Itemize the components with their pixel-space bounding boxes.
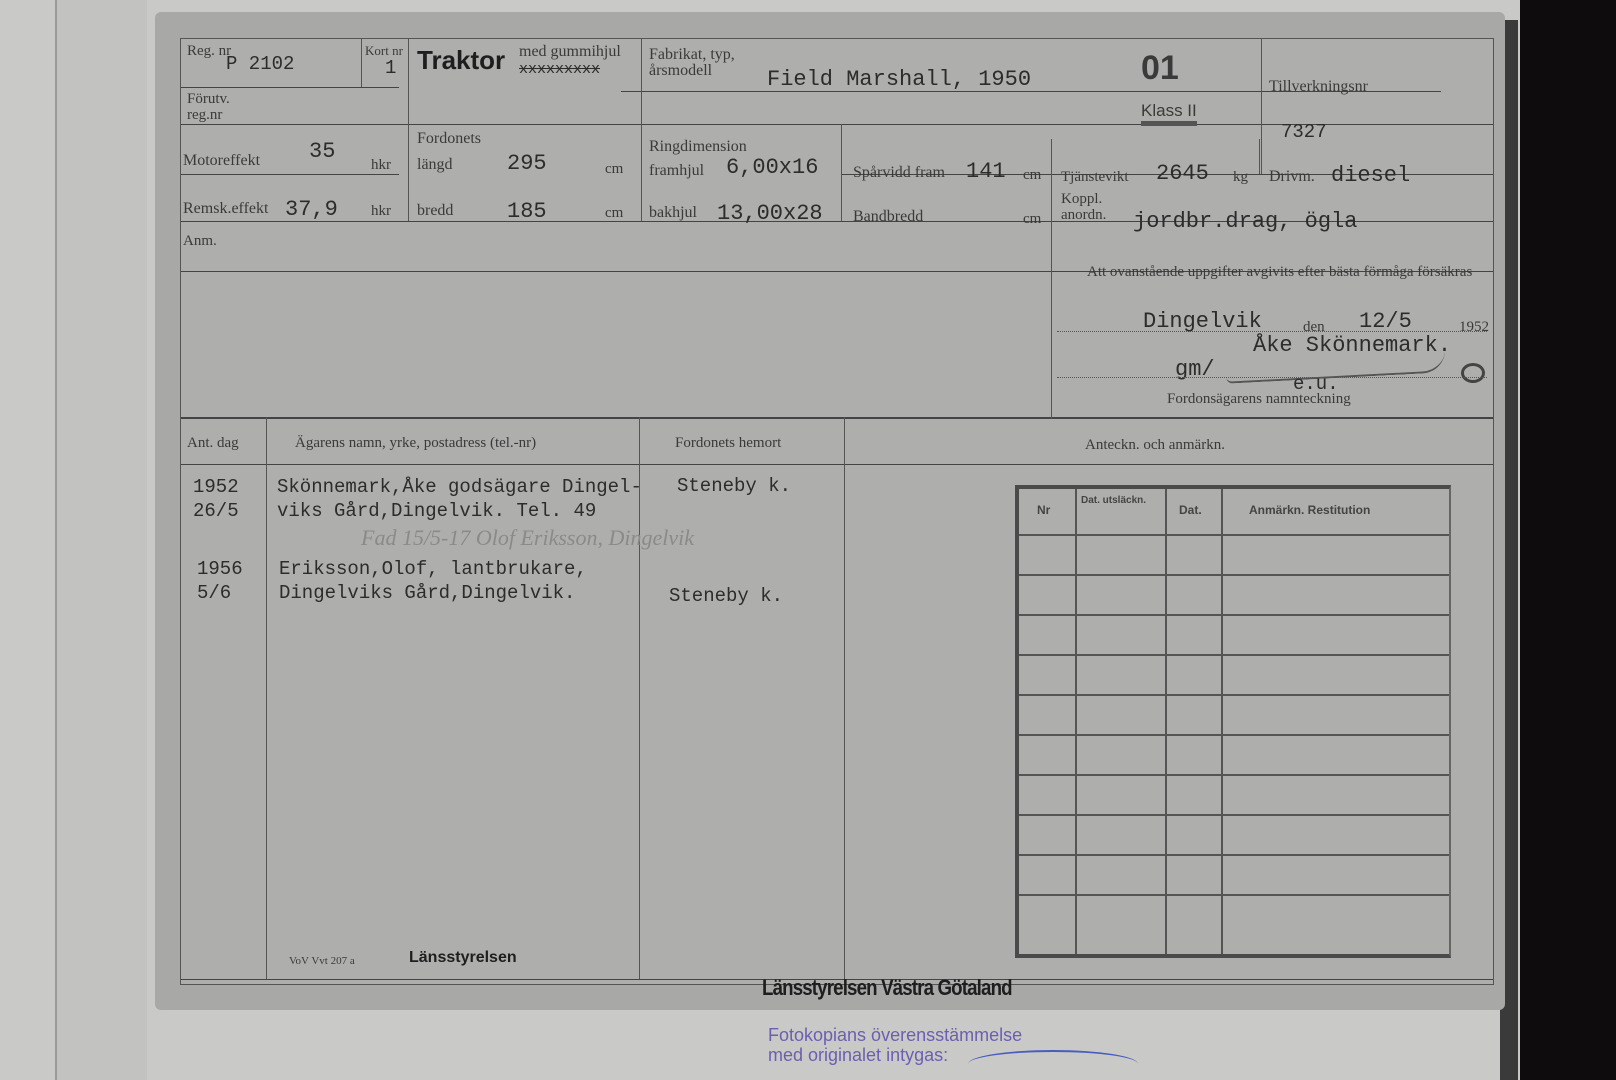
forutv-reg-label: Förutv. reg.nr	[187, 91, 267, 123]
left-margin-strip	[55, 0, 147, 1080]
remsk-value: 37,9	[285, 197, 338, 222]
vehicle-type: Traktor	[417, 45, 505, 76]
form-code: VoV Vvt 207 a	[289, 953, 355, 969]
bandbredd-label: Bandbredd	[853, 209, 923, 225]
bakhjul-label: bakhjul	[649, 205, 697, 221]
tillverkningsnr-value: 7327	[1281, 121, 1327, 143]
framhjul-label: framhjul	[649, 163, 704, 179]
tillverkningsnr-label: Tillverkningsnr	[1269, 79, 1368, 95]
box-header-dat-utslackn: Dat. utsläckn.	[1081, 495, 1161, 506]
cm-unit: cm	[605, 205, 623, 221]
box-header-dat: Dat.	[1179, 503, 1202, 517]
anm-label: Anm.	[183, 233, 217, 249]
bakhjul-value: 13,00x28	[717, 201, 823, 226]
col-header-date: Ant. dag	[187, 435, 239, 451]
handwritten-note: Fad 15/5-17 Olof Eriksson, Dingelvik	[361, 525, 694, 551]
hkr-unit: hkr	[371, 203, 391, 219]
kg-unit: kg	[1233, 169, 1248, 185]
cm-unit: cm	[1023, 167, 1041, 183]
issuer-label: Länsstyrelsen	[409, 949, 517, 967]
row2-owner: Eriksson,Olof, lantbrukare, Dingelviks G…	[279, 557, 587, 605]
langd-label: längd	[417, 157, 453, 173]
col-header-notes: Anteckn. och anmärkn.	[1085, 437, 1225, 453]
fordonets-label: Fordonets	[417, 131, 481, 147]
struck-text: xxxxxxxxx	[519, 61, 600, 78]
tjanstevikt-value: 2645	[1156, 161, 1209, 186]
row1-owner: Skönnemark,Åke godsägare Dingel- viks Gå…	[277, 475, 642, 523]
row2-date: 1956 5/6	[197, 557, 243, 605]
handwritten-code: 01	[1141, 49, 1179, 88]
klass-stamp: Klass II	[1141, 101, 1197, 126]
sparvidd-label: Spårvidd fram	[853, 165, 945, 181]
date-value: 12/5	[1359, 309, 1412, 334]
bredd-label: bredd	[417, 203, 453, 219]
ringdimension-label: Ringdimension	[649, 139, 747, 155]
fabrikat-value: Field Marshall, 1950	[767, 67, 1031, 92]
county-stamp: Länsstyrelsen Västra Götaland	[762, 975, 1012, 1001]
cm-unit: cm	[1023, 211, 1041, 227]
vehicle-type-suffix: med gummihjul	[519, 44, 621, 60]
drivm-value: diesel	[1331, 163, 1410, 188]
row2-hemort: Steneby k.	[669, 585, 783, 607]
fabrikat-label: Fabrikat, typ, årsmodell	[649, 47, 769, 79]
reg-nr-label: Reg. nr	[187, 43, 231, 59]
tjanstevikt-label: Tjänstevikt	[1061, 169, 1129, 185]
kort-nr-value: 1	[385, 57, 396, 79]
langd-value: 295	[507, 151, 547, 176]
koppl-label: Koppl. anordn.	[1061, 191, 1131, 223]
row1-date: 1952 26/5	[193, 475, 239, 523]
reg-nr-value: P 2102	[226, 53, 294, 75]
hkr-unit: hkr	[371, 157, 391, 173]
certify-line-1: Fotokopians överensstämmelse	[768, 1025, 1022, 1045]
bredd-value: 185	[507, 199, 547, 224]
year-value: 1952	[1459, 319, 1489, 335]
place-value: Dingelvik	[1143, 309, 1262, 334]
box-header-nr: Nr	[1037, 503, 1050, 517]
declaration-text: Att ovanstående uppgifter avgivits efter…	[1057, 261, 1487, 283]
framhjul-value: 6,00x16	[726, 155, 818, 180]
row1-hemort: Steneby k.	[677, 475, 791, 497]
certifier-signature	[968, 1050, 1138, 1078]
motoreffekt-value: 35	[309, 139, 335, 164]
motoreffekt-label: Motoreffekt	[183, 153, 260, 169]
certify-line-2: med originalet intygas:	[768, 1045, 948, 1065]
col-header-owner: Ägarens namn, yrke, postadress (tel.-nr)	[295, 435, 536, 451]
col-header-hemort: Fordonets hemort	[675, 435, 781, 451]
remsk-label: Remsk.effekt	[183, 201, 268, 217]
gm-label: gm/	[1175, 357, 1215, 382]
sparvidd-value: 141	[966, 159, 1006, 184]
stamp-circle-icon	[1461, 363, 1485, 383]
restitution-box: Nr Dat. utsläckn. Dat. Anmärkn. Restitut…	[1015, 485, 1451, 958]
cm-unit: cm	[605, 161, 623, 177]
signature-label: Fordonsägarens namnteckning	[1167, 391, 1351, 407]
box-header-restitution: Anmärkn. Restitution	[1249, 503, 1370, 517]
drivm-label: Drivm.	[1269, 169, 1315, 185]
koppl-value: jordbr.drag, ögla	[1133, 209, 1357, 234]
